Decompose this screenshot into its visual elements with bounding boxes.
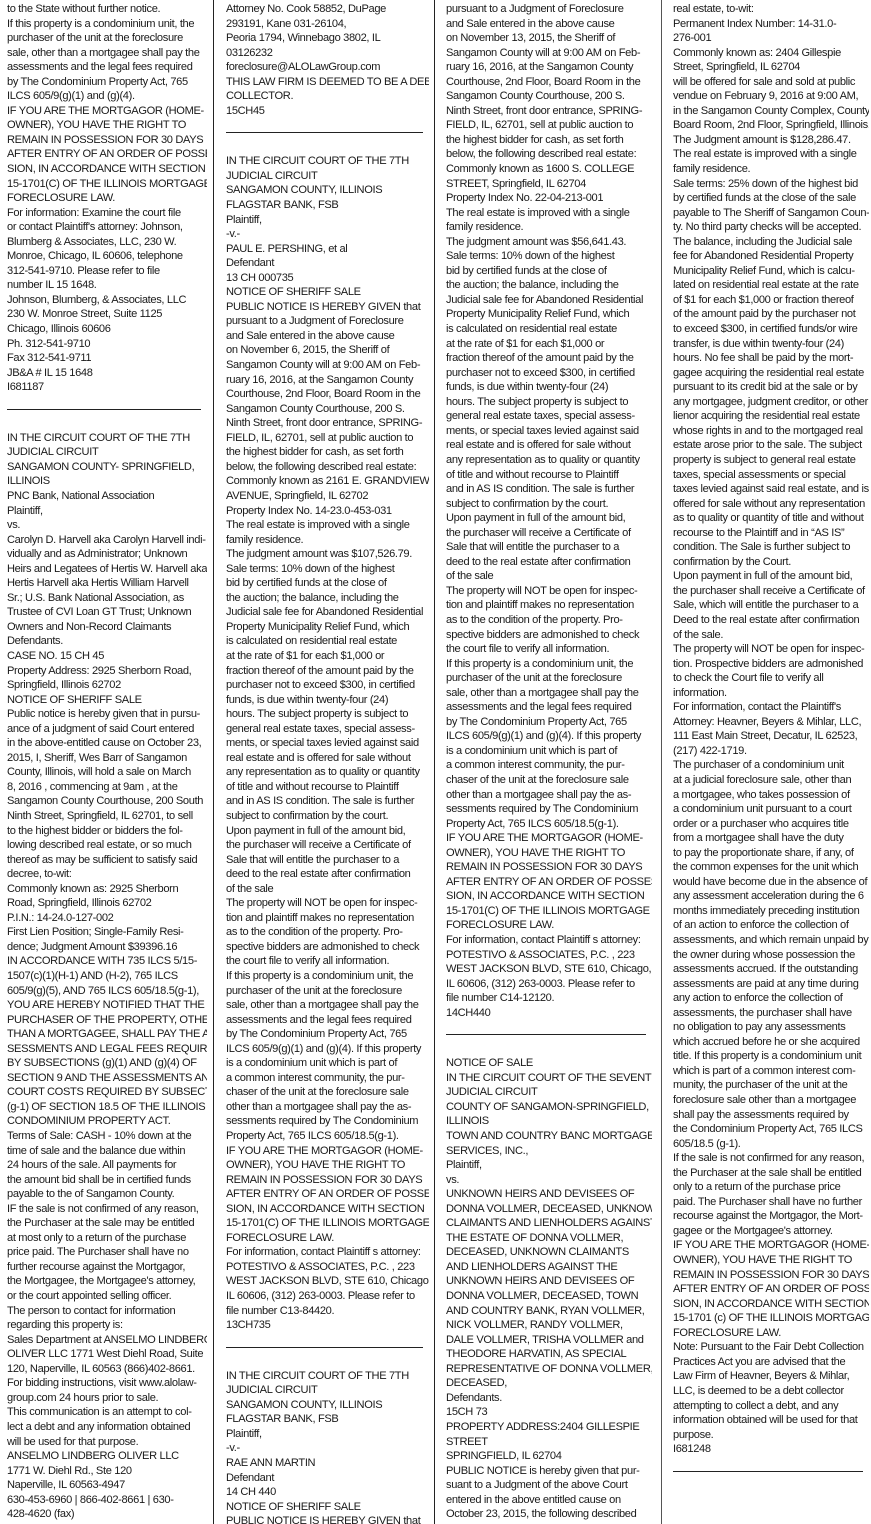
- notice-line: COLLECTOR.: [226, 89, 429, 104]
- notice-line: Road, Springfield, Illinois 62702: [7, 896, 207, 911]
- notice-line: FORECLOSURE LAW.: [226, 1231, 429, 1246]
- notice-line: Upon payment in full of the amount bid,: [226, 824, 429, 839]
- notice-line: JUDICIAL CIRCUIT: [446, 1085, 652, 1100]
- notice-line: ILCS 605/9(g)(1) and (g)(4).: [7, 89, 207, 104]
- notice-line: POTESTIVO & ASSOCIATES, P.C. , 223: [446, 948, 652, 963]
- notice-line: hours. The subject property is subject t…: [226, 707, 429, 722]
- notice-line: real estate and is offered for sale with…: [226, 751, 429, 766]
- notice-line: Commonly known as: 2404 Gillespie: [673, 46, 869, 61]
- notice-line: vidually and as Administrator; Unknown: [7, 547, 207, 562]
- notice-line: FORECLOSURE LAW.: [7, 191, 207, 206]
- notice-line: family residence.: [226, 533, 429, 548]
- notice-line: recourse to the Plaintiff and in “AS IS”: [673, 526, 869, 541]
- notice-line: is calculated on residential real estate: [226, 634, 429, 649]
- notice-line: file number C13-84420.: [226, 1304, 429, 1319]
- legal-notice: real estate, to-wit:Permanent Index Numb…: [673, 2, 869, 1457]
- notice-line: ILLINOIS: [446, 1114, 652, 1129]
- notice-line: price paid. The Purchaser shall have no: [7, 1245, 207, 1260]
- notice-line: JUDICIAL CIRCUIT: [226, 1383, 429, 1398]
- notice-line: Judicial sale fee for Abandoned Resident…: [226, 605, 429, 620]
- notice-line: SION, IN ACCORDANCE WITH SECTION: [446, 889, 652, 904]
- notice-line: regarding this property is:: [7, 1318, 207, 1333]
- notice-line: Johnson, Blumberg, & Associates, LLC: [7, 293, 207, 308]
- notice-line: Carolyn D. Harvell aka Carolyn Harvell i…: [7, 533, 207, 548]
- notice-line: tion and plaintiff makes no representati…: [226, 911, 429, 926]
- notice-line: SANGAMON COUNTY- SPRINGFIELD,: [7, 460, 207, 475]
- notice-line: SECTION 9 AND THE ASSESSMENTS AND: [7, 1071, 207, 1086]
- notice-line: Courthouse, 2nd Floor, Board Room in the: [446, 75, 652, 90]
- notice-line: ILCS 605/9(g)(1) and (g)(4). If this pro…: [226, 1042, 429, 1057]
- notice-line: on November 13, 2015, the Sheriff of: [446, 31, 652, 46]
- notice-line: ance of a judgment of said Court entered: [7, 722, 207, 737]
- notice-line: payable to the of Sangamon County.: [7, 1187, 207, 1202]
- notice-line: Defendants.: [7, 634, 207, 649]
- notice-line: to the State without further notice.: [7, 2, 207, 17]
- notice-line: WEST JACKSON BLVD, STE 610, Chicago,: [226, 1274, 429, 1289]
- notice-line: is a condominium unit which is part of: [446, 744, 652, 759]
- notice-line: Sale terms: 10% down of the highest: [446, 249, 652, 264]
- notice-line: tion and plaintiff makes no representati…: [446, 598, 652, 613]
- notice-line: The real estate is improved with a singl…: [673, 147, 869, 162]
- notice-line: as to the condition of the property. Pro…: [226, 925, 429, 940]
- notice-line: PAUL E. PERSHING, et al: [226, 242, 429, 257]
- notice-line: of title and without recourse to Plainti…: [226, 780, 429, 795]
- notice-line: THEODORE HARVATIN, AS SPECIAL: [446, 1347, 652, 1362]
- notice-line: Permanent Index Number: 14-31.0-: [673, 17, 869, 32]
- notice-line: NOTICE OF SHERIFF SALE: [226, 285, 429, 300]
- notice-line: AFTER ENTRY OF AN ORDER OF POSSES-: [446, 875, 652, 890]
- notice-line: Defendant: [226, 1471, 429, 1486]
- notice-line: IN ACCORDANCE WITH 735 ILCS 5/15-: [7, 954, 207, 969]
- notice-line: shall pay the assessments required by: [673, 1108, 869, 1123]
- notice-line: a common interest community, the pur-: [446, 758, 652, 773]
- notice-line: Commonly known as 1600 S. COLLEGE: [446, 162, 652, 177]
- notice-line: -v.-: [226, 1441, 429, 1456]
- notice-line: 14CH440: [446, 1006, 652, 1021]
- notice-line: other than a mortgagee shall pay the as-: [226, 1100, 429, 1115]
- notice-line: property is subject to general real esta…: [673, 453, 869, 468]
- notice-line: Attorney: Heavner, Beyers & Mihlar, LLC,: [673, 715, 869, 730]
- notice-line: will be used for that purpose.: [7, 1435, 207, 1450]
- notice-line: from a mortgagee shall have the duty: [673, 831, 869, 846]
- notice-line: ruary 16, 2016, at the Sangamon County: [446, 60, 652, 75]
- notice-line: NOTICE OF SALE: [446, 1056, 652, 1071]
- notice-line: BY SUBSECTIONS (g)(1) AND (g)(4) OF: [7, 1056, 207, 1071]
- notice-line: hours. No fee shall be paid by the mort-: [673, 351, 869, 366]
- notice-line: family residence.: [446, 220, 652, 235]
- notice-line: decree, to-wit:: [7, 867, 207, 882]
- notice-line: 15-1701(C) OF THE ILLINOIS MORTGAGE: [226, 1216, 429, 1231]
- notice-line: DECEASED, UNKNOWN CLAIMANTS: [446, 1245, 652, 1260]
- notice-line: sessments required by The Condominium: [226, 1114, 429, 1129]
- notice-line: estate arose prior to the sale. The subj…: [673, 438, 869, 453]
- notice-line: assessments and the legal fees required: [226, 1013, 429, 1028]
- notice-line: foreclosure@ALOLawGroup.com: [226, 60, 429, 75]
- notice-line: STREET, Springfield, IL 62704: [446, 177, 652, 192]
- notice-line: 13CH735: [226, 1318, 429, 1333]
- notice-line: (g-1) OF SECTION 18.5 OF THE ILLINOIS: [7, 1100, 207, 1115]
- notice-line: IF YOU ARE THE MORTGAGOR (HOME-: [226, 1144, 429, 1159]
- notice-line: a mortgagee, who takes possession of: [673, 788, 869, 803]
- notice-line: attempting to collect a debt, and any: [673, 1399, 869, 1414]
- notice-line: sale, other than a mortgagee shall pay t…: [446, 686, 652, 701]
- notice-line: the common expenses for the unit which: [673, 860, 869, 875]
- notice-line: order or a purchaser who acquires title: [673, 817, 869, 832]
- legal-notice: IN THE CIRCUIT COURT OF THE 7THJUDICIAL …: [7, 431, 207, 1522]
- notice-line: as to the condition of the property. Pro…: [446, 613, 652, 628]
- notice-line: Defendants.: [446, 1391, 652, 1406]
- legal-notice: IN THE CIRCUIT COURT OF THE 7THJUDICIAL …: [226, 154, 429, 1332]
- notice-line: Attorney No. Cook 58852, DuPage: [226, 2, 429, 17]
- notice-line: Commonly known as: 2925 Sherborn: [7, 882, 207, 897]
- notice-line: NOTICE OF SHERIFF SALE: [226, 1500, 429, 1515]
- legal-notice: NOTICE OF SALEIN THE CIRCUIT COURT OF TH…: [446, 1056, 652, 1522]
- notice-line: Plaintiff,: [226, 213, 429, 228]
- notice-line: fraction thereof of the amount paid by t…: [226, 664, 429, 679]
- notice-line: The judgment amount was $56,641.43.: [446, 235, 652, 250]
- notice-line: Deed to the real estate after confirmati…: [673, 613, 869, 628]
- notice-line: by The Condominium Property Act, 765: [7, 75, 207, 90]
- notice-line: AFTER ENTRY OF AN ORDER OF POSSES-: [7, 147, 207, 162]
- notice-line: ments, or special taxes levied against s…: [446, 424, 652, 439]
- notice-line: 230 W. Monroe Street, Suite 1125: [7, 307, 207, 322]
- notice-line: JUDICIAL CIRCUIT: [7, 445, 207, 460]
- notice-line: Commonly known as 2161 E. GRANDVIEW: [226, 474, 429, 489]
- notice-line: ments, or special taxes levied against s…: [226, 736, 429, 751]
- notice-line: other than a mortgagee shall pay the as-: [446, 788, 652, 803]
- notice-line: (217) 422-1719.: [673, 744, 869, 759]
- notice-line: LLC, is deemed to be a debt collector: [673, 1384, 869, 1399]
- notice-line: fee for Abandoned Residential Property: [673, 249, 869, 264]
- notice-line: SANGAMON COUNTY, ILLINOIS: [226, 1398, 429, 1413]
- notice-line: PURCHASER OF THE PROPERTY, OTHER: [7, 1013, 207, 1028]
- notice-line: ruary 16, 2016, at the Sangamon County: [226, 373, 429, 388]
- notice-line: Owners and Non-Record Claimants: [7, 620, 207, 635]
- notice-line: no obligation to pay any assessments: [673, 1020, 869, 1035]
- notice-line: Sangamon County Courthouse, 200 S.: [446, 89, 652, 104]
- notice-line: OWNER), YOU HAVE THE RIGHT TO: [446, 846, 652, 861]
- notice-line: 1507(c)(1)(H-1) AND (H-2), 765 ILCS: [7, 969, 207, 984]
- notice-line: bid by certified funds at the close of: [446, 264, 652, 279]
- notice-line: POTESTIVO & ASSOCIATES, P.C. , 223: [226, 1260, 429, 1275]
- notice-line: dence; Judgment Amount $39396.16: [7, 940, 207, 955]
- notice-line: -v.-: [226, 227, 429, 242]
- notice-line: of $1 for each $1,000 or fraction thereo…: [673, 293, 869, 308]
- notice-line: CASE NO. 15 CH 45: [7, 649, 207, 664]
- notice-line: information obtained will be used for th…: [673, 1413, 869, 1428]
- notice-line: NOTICE OF SHERIFF SALE: [7, 693, 207, 708]
- notice-line: at most only to a return of the purchase: [7, 1231, 207, 1246]
- notice-line: The property will NOT be open for inspec…: [446, 584, 652, 599]
- notice-line: by certified funds at the close of the s…: [673, 191, 869, 206]
- notice-line: payable to The Sheriff of Sangamon Coun-: [673, 206, 869, 221]
- notice-line: Street, Springfield, IL 62704: [673, 60, 869, 75]
- notice-line: information.: [673, 686, 869, 701]
- notice-line: paid. The Purchaser shall have no furthe…: [673, 1195, 869, 1210]
- notice-line: in the Sangamon County Complex, County: [673, 104, 869, 119]
- notice-line: 15-1701(C) OF THE ILLINOIS MORTGAGE: [446, 904, 652, 919]
- notice-line: sale, other than a mortgagee shall pay t…: [226, 998, 429, 1013]
- notice-line: IF YOU ARE THE MORTGAGOR (HOME-: [446, 831, 652, 846]
- notice-line: For bidding instructions, visit www.alol…: [7, 1376, 207, 1391]
- notice-line: vs.: [7, 518, 207, 533]
- notice-line: COUNTY OF SANGAMON-SPRINGFIELD,: [446, 1100, 652, 1115]
- notice-line: of the sale: [446, 569, 652, 584]
- notice-line: the highest bidder for cash, as set fort…: [446, 133, 652, 148]
- notice-line: purchaser of the unit at the foreclosure: [446, 671, 652, 686]
- notice-line: at the rate of $1 for each $1,000 or: [226, 649, 429, 664]
- notice-line: and in AS IS condition. The sale is furt…: [226, 794, 429, 809]
- legal-notices-page: to the State without further notice.If t…: [0, 0, 871, 1524]
- notice-line: Sale, which will entitle the purchaser t…: [673, 598, 869, 613]
- notice-line: CONDOMINIUM PROPERTY ACT.: [7, 1114, 207, 1129]
- notice-line: First Lien Position; Single-Family Resi-: [7, 925, 207, 940]
- notice-line: chaser of the unit at the foreclosure sa…: [226, 1085, 429, 1100]
- column-divider: [434, 0, 435, 1524]
- notice-line: to check the Court file to verify all: [673, 671, 869, 686]
- notice-line: general real estate taxes, special asses…: [446, 409, 652, 424]
- notice-line: is calculated on residential real estate: [446, 322, 652, 337]
- notice-line: The property will NOT be open for inspec…: [226, 896, 429, 911]
- notice-line: I681187: [7, 380, 207, 395]
- legal-notice: IN THE CIRCUIT COURT OF THE 7THJUDICIAL …: [226, 1369, 429, 1524]
- notice-line: 120, Naperville, IL 60563 (866)402-8661.: [7, 1362, 207, 1377]
- notice-line: IL 60606, (312) 263-0003. Please refer t…: [226, 1289, 429, 1304]
- notice-line: JUDICIAL CIRCUIT: [226, 169, 429, 184]
- notice-line: Municipality Relief Fund, which is calcu…: [673, 264, 869, 279]
- notice-line: 24 hours of the sale. All payments for: [7, 1158, 207, 1173]
- notice-line: JB&A # IL 15 1648: [7, 366, 207, 381]
- notice-line: PUBLIC NOTICE IS HEREBY GIVEN that: [226, 300, 429, 315]
- notice-line: Courthouse, 2nd Floor, Board Room in the: [226, 387, 429, 402]
- notice-line: lated on residential real estate at the …: [673, 278, 869, 293]
- notice-line: Sales Department at ANSELMO LINDBERG: [7, 1333, 207, 1348]
- notice-line: in the above-entitled cause on October 2…: [7, 736, 207, 751]
- notice-line: FORECLOSURE LAW.: [673, 1326, 869, 1341]
- notice-line: purchaser not to exceed $300, in certifi…: [226, 678, 429, 693]
- notice-line: any representation as to quality or quan…: [226, 765, 429, 780]
- notice-line: 293191, Kane 031-26104,: [226, 17, 429, 32]
- notice-line: and Sale entered in the above cause: [446, 17, 652, 32]
- notice-line: the court file to verify all information…: [226, 954, 429, 969]
- notice-line: OWNER), YOU HAVE THE RIGHT TO: [226, 1158, 429, 1173]
- notice-line: SION, IN ACCORDANCE WITH SECTION: [226, 1202, 429, 1217]
- notice-line: subject to confirmation by the court.: [226, 809, 429, 824]
- notice-line: general real estate taxes, special asses…: [226, 722, 429, 737]
- notice-line: Law Firm of Heavner, Beyers & Mihlar,: [673, 1369, 869, 1384]
- notice-line: 15CH 73: [446, 1405, 652, 1420]
- notice-line: SERVICES, INC.,: [446, 1144, 652, 1159]
- notice-line: 605/18.5 (g-1).: [673, 1137, 869, 1152]
- notice-line: pursuant to a Judgment of Foreclosure: [446, 2, 652, 17]
- notice-line: IN THE CIRCUIT COURT OF THE 7TH: [226, 154, 429, 169]
- notice-line: the auction; the balance, including the: [226, 591, 429, 606]
- notice-line: STREET: [446, 1435, 652, 1450]
- notice-line: any assessment acceleration during the 6: [673, 889, 869, 904]
- notice-line: 13 CH 000735: [226, 271, 429, 286]
- notice-line: The purchaser of a condominium unit: [673, 758, 869, 773]
- notice-line: REMAIN IN POSSESSION FOR 30 DAYS: [226, 1173, 429, 1188]
- notice-line: Terms of Sale: CASH - 10% down at the: [7, 1129, 207, 1144]
- notice-separator: [226, 132, 423, 133]
- notice-line: AND LIENHOLDERS AGAINST THE: [446, 1260, 652, 1275]
- notice-line: of an action to enforce the collection o…: [673, 918, 869, 933]
- notice-line: assessments accrued. If the outstanding: [673, 962, 869, 977]
- notice-line: Defendant: [226, 256, 429, 271]
- notice-line: IN THE CIRCUIT COURT OF THE SEVENTH: [446, 1071, 652, 1086]
- notice-line: the court file to verify all information…: [446, 642, 652, 657]
- notice-line: the owner during whose possession the: [673, 948, 869, 963]
- notice-line: UNKNOWN HEIRS AND DEVISEES OF: [446, 1274, 652, 1289]
- notice-line: 2015, I, Sheriff, Wes Barr of Sangamon: [7, 751, 207, 766]
- notice-line: group.com 24 hours prior to sale.: [7, 1391, 207, 1406]
- notice-line: SANGAMON COUNTY, ILLINOIS: [226, 183, 429, 198]
- notice-line: thereof as may be sufficient to satisfy …: [7, 853, 207, 868]
- notice-line: or the court appointed selling officer.: [7, 1289, 207, 1304]
- notice-line: file number C14-12120.: [446, 991, 652, 1006]
- notice-line: Peoria 1794, Winnebago 3802, IL: [226, 31, 429, 46]
- notice-line: a common interest community, the pur-: [226, 1071, 429, 1086]
- notice-line: Blumberg & Associates, LLC, 230 W.: [7, 235, 207, 250]
- column-divider: [213, 0, 214, 1524]
- notice-separator: [673, 1471, 863, 1472]
- notice-line: THIS LAW FIRM IS DEEMED TO BE A DEBT: [226, 75, 429, 90]
- notice-line: FORECLOSURE LAW.: [446, 918, 652, 933]
- notice-line: Property Index No. 14-23.0-453-031: [226, 504, 429, 519]
- notice-line: spective bidders are admonished to check: [226, 940, 429, 955]
- notice-line: sale, other than a mortgagee shall pay t…: [7, 46, 207, 61]
- notice-line: and Sale entered in the above cause: [226, 329, 429, 344]
- notice-line: PUBLIC NOTICE is hereby given that pur-: [446, 1464, 652, 1479]
- notice-separator: [446, 1034, 646, 1035]
- notice-line: at the rate of $1 for each $1,000 or: [446, 337, 652, 352]
- notice-line: real estate and is offered for sale with…: [446, 438, 652, 453]
- notice-line: PNC Bank, National Association: [7, 489, 207, 504]
- notice-line: The person to contact for information: [7, 1304, 207, 1319]
- notice-line: which is part of a common interest com-: [673, 1064, 869, 1079]
- notice-line: SION, IN ACCORDANCE WITH SECTION: [673, 1297, 869, 1312]
- notice-line: real estate, to-wit:: [673, 2, 869, 17]
- notice-line: the Condominium Property Act, 765 ILCS: [673, 1122, 869, 1137]
- notice-line: entered in the above entitled cause on: [446, 1493, 652, 1508]
- notice-line: lowing described real estate, or so much: [7, 838, 207, 853]
- notice-line: and in AS IS condition. The sale is furt…: [446, 482, 652, 497]
- notice-line: gagee or the Mortgagee's attorney.: [673, 1224, 869, 1239]
- notice-line: the Mortgagee, the Mortgagee's attorney,: [7, 1274, 207, 1289]
- notice-line: Sangamon County Courthouse, 200 South: [7, 794, 207, 809]
- notice-line: suant to a Judgment of the above Court: [446, 1478, 652, 1493]
- notice-line: below, the following described real esta…: [226, 460, 429, 475]
- notice-line: WEST JACKSON BLVD, STE 610, Chicago,: [446, 962, 652, 977]
- notice-line: only to a return of the purchase price: [673, 1180, 869, 1195]
- legal-notice: to the State without further notice.If t…: [7, 2, 207, 395]
- legal-notice: Attorney No. Cook 58852, DuPage293191, K…: [226, 2, 429, 118]
- notice-line: the purchaser shall receive a Certificat…: [673, 584, 869, 599]
- notice-line: of the sale.: [673, 628, 869, 643]
- notice-line: FIELD, IL, 62701, sell at public auction…: [226, 431, 429, 446]
- notice-line: YOU ARE HEREBY NOTIFIED THAT THE: [7, 998, 207, 1013]
- notice-line: deed to the real estate after confirmati…: [226, 867, 429, 882]
- notice-separator: [7, 409, 201, 410]
- notice-line: would have become due in the absence of: [673, 875, 869, 890]
- notice-line: assessments, the purchaser shall have: [673, 1006, 869, 1021]
- notice-line: Property Municipality Relief Fund, which: [226, 620, 429, 635]
- notice-line: transfer, is due within twenty-four (24): [673, 337, 869, 352]
- notice-line: For information, contact Plaintiff s att…: [226, 1245, 429, 1260]
- notice-line: REMAIN IN POSSESSION FOR 30 DAYS: [7, 133, 207, 148]
- notice-line: the Purchaser at the sale shall be entit…: [673, 1166, 869, 1181]
- notice-line: tion. Prospective bidders are admonished: [673, 657, 869, 672]
- notice-line: DONNA VOLLMER, DECEASED, TOWN: [446, 1289, 652, 1304]
- notice-line: vendue on February 9, 2016 at 9:00 AM,: [673, 89, 869, 104]
- notice-line: spective bidders are admonished to check: [446, 628, 652, 643]
- notice-line: Upon payment in full of the amount bid,: [673, 569, 869, 584]
- notice-line: the Purchaser at the sale may be entitle…: [7, 1216, 207, 1231]
- notice-line: If this property is a condominium unit, …: [7, 17, 207, 32]
- notice-line: Sale terms: 10% down of the highest: [226, 562, 429, 577]
- notice-line: If the sale is not confirmed for any rea…: [673, 1151, 869, 1166]
- notice-line: 1771 W. Diehl Rd., Ste 120: [7, 1464, 207, 1479]
- column-4: real estate, to-wit:Permanent Index Numb…: [673, 2, 869, 1524]
- notice-line: For information: Examine the court file: [7, 206, 207, 221]
- notice-line: munity, the purchaser of the unit at the: [673, 1078, 869, 1093]
- notice-line: is a condominium unit which is part of: [226, 1056, 429, 1071]
- notice-line: chaser of the unit at the foreclosure sa…: [446, 773, 652, 788]
- notice-line: ILLINOIS: [7, 474, 207, 489]
- notice-line: SPRINGFIELD, IL 62704: [446, 1449, 652, 1464]
- notice-line: recourse against the Mortgagor, the Mort…: [673, 1209, 869, 1224]
- notice-line: condition. The Sale is further subject t…: [673, 540, 869, 555]
- notice-line: October 23, 2015, the following describe…: [446, 1507, 652, 1522]
- legal-notice: pursuant to a Judgment of Foreclosureand…: [446, 2, 652, 1020]
- notice-line: offered for sale without any representat…: [673, 497, 869, 512]
- notice-line: the auction; the balance, including the: [446, 278, 652, 293]
- notice-line: as to quality or quantity of title and w…: [673, 511, 869, 526]
- notice-line: whose rights in and to the mortgaged rea…: [673, 424, 869, 439]
- notice-line: assessments and the legal fees required: [7, 60, 207, 75]
- notice-line: This communication is an attempt to col-: [7, 1405, 207, 1420]
- notice-line: by The Condominium Property Act, 765: [226, 1027, 429, 1042]
- notice-line: fraction thereof of the amount paid by t…: [446, 351, 652, 366]
- notice-line: 312-541-9710. Please refer to file: [7, 264, 207, 279]
- notice-line: DECEASED,: [446, 1376, 652, 1391]
- notice-line: NICK VOLLMER, RANDY VOLLMER,: [446, 1318, 652, 1333]
- notice-line: subject to confirmation by the court.: [446, 497, 652, 512]
- notice-line: foreclosure sale other than a mortgagee: [673, 1093, 869, 1108]
- notice-line: any representation as to quality or quan…: [446, 453, 652, 468]
- notice-line: PROPERTY ADDRESS:2404 GILLESPIE: [446, 1420, 652, 1435]
- column-divider: [661, 0, 662, 1524]
- notice-line: AFTER ENTRY OF AN ORDER OF POSSES-: [226, 1187, 429, 1202]
- notice-line: 15-1701(C) OF THE ILLINOIS MORTGAGE: [7, 177, 207, 192]
- notice-line: the purchaser will receive a Certificate…: [226, 838, 429, 853]
- notice-line: REMAIN IN POSSESSION FOR 30 DAYS: [446, 860, 652, 875]
- notice-line: Trustee of CVI Loan GT Trust; Unknown: [7, 605, 207, 620]
- notice-line: purpose.: [673, 1428, 869, 1443]
- notice-line: a condominium unit pursuant to a court: [673, 802, 869, 817]
- column-1: to the State without further notice.If t…: [7, 2, 207, 1524]
- notice-line: time of sale and the balance due within: [7, 1144, 207, 1159]
- notice-line: FIELD, IL, 62701, sell at public auction…: [446, 118, 652, 133]
- notice-line: SION, IN ACCORDANCE WITH SECTION: [7, 162, 207, 177]
- notice-line: Ninth Street, front door entrance, SPRIN…: [226, 416, 429, 431]
- notice-line: AFTER ENTRY OF AN ORDER OF POSSES-: [673, 1282, 869, 1297]
- column-3: pursuant to a Judgment of Foreclosureand…: [446, 2, 652, 1524]
- notice-line: to exceed $300, in certified funds/or wi…: [673, 322, 869, 337]
- notice-line: hours. The subject property is subject t…: [446, 395, 652, 410]
- notice-line: which accrued before he or she acquired: [673, 1035, 869, 1050]
- notice-separator: [226, 1347, 423, 1348]
